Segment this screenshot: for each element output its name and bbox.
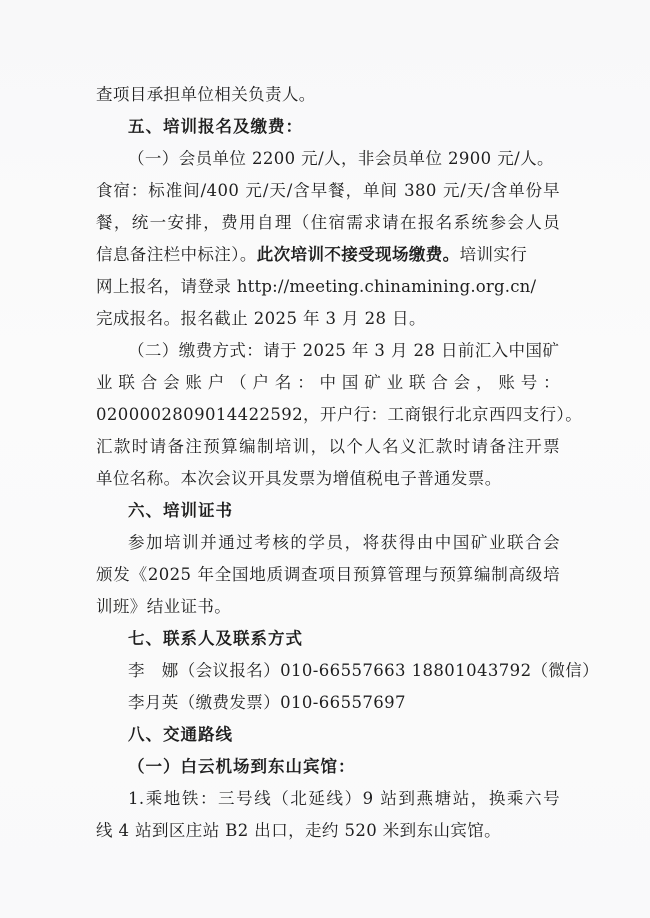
contact-line-invoice: 李月英（缴费发票）010-66557697 (128, 692, 560, 714)
text-line: 餐，统一安排，费用自理（住宿需求请在报名系统参会人员 (96, 212, 560, 234)
text-fragment: 信息备注栏中标注）。 (96, 245, 257, 264)
text-line: 信息备注栏中标注）。此次培训不接受现场缴费。培训实行 (96, 244, 560, 266)
text-line-metro-route: 1.乘地铁：三号线（北延线）9 站到燕塘站，换乘六号 (128, 788, 560, 810)
section-heading-contacts: 七、联系人及联系方式 (128, 628, 592, 650)
section-heading-registration-fees: 五、培训报名及缴费： (128, 116, 592, 138)
document-page: 查项目承担单位相关负责人。 五、培训报名及缴费： （一）会员单位 2200 元/… (0, 0, 650, 918)
section-heading-transportation: 八、交通路线 (128, 724, 592, 746)
text-line-accommodation: 食宿：标准间/400 元/天/含早餐，单间 380 元/天/含单份早 (96, 180, 560, 202)
text-line: 训班》结业证书。 (96, 596, 560, 618)
sub-heading-airport-route: （一）白云机场到东山宾馆： (128, 756, 560, 778)
text-line: 线 4 站到区庄站 B2 出口，走约 520 米到东山宾馆。 (96, 820, 560, 842)
text-line: 参加培训并通过考核的学员，将获得由中国矿业联合会 (128, 532, 560, 554)
text-line: 网上报名，请登录 http://meeting.chinamining.org.… (96, 276, 560, 298)
text-line-fees: （一）会员单位 2200 元/人，非会员单位 2900 元/人。 (128, 148, 560, 170)
section-heading-certificate: 六、培训证书 (128, 500, 592, 522)
text-line-account-name: 业联合会账户（户名：中国矿业联合会，账号： (96, 372, 560, 394)
text-line: 汇款时请备注预算编制培训，以个人名义汇款时请备注开票 (96, 436, 560, 458)
contact-line-registration: 李 娜（会议报名）010-66557663 18801043792（微信） (128, 660, 560, 682)
text-line-certificate-name: 颁发《2025 年全国地质调查项目预算管理与预算编制高级培 (96, 564, 560, 586)
notice-no-onsite-payment: 此次培训不接受现场缴费。 (257, 245, 460, 264)
text-fragment: 网上报名，请登录 (96, 277, 237, 296)
text-line: 查项目承担单位相关负责人。 (96, 84, 560, 106)
text-line-invoice: 单位名称。本次会议开具发票为增值税电子普通发票。 (96, 468, 560, 490)
registration-url: http://meeting.chinamining.org.cn/ (237, 277, 536, 296)
text-fragment: 培训实行 (460, 245, 528, 264)
text-line-payment-method: （二）缴费方式：请于 2025 年 3 月 28 日前汇入中国矿 (128, 340, 560, 362)
text-line-account-number: 0200002809014422592，开户行：工商银行北京西四支行）。 (96, 404, 560, 426)
text-line-deadline: 完成报名。报名截止 2025 年 3 月 28 日。 (96, 308, 560, 330)
